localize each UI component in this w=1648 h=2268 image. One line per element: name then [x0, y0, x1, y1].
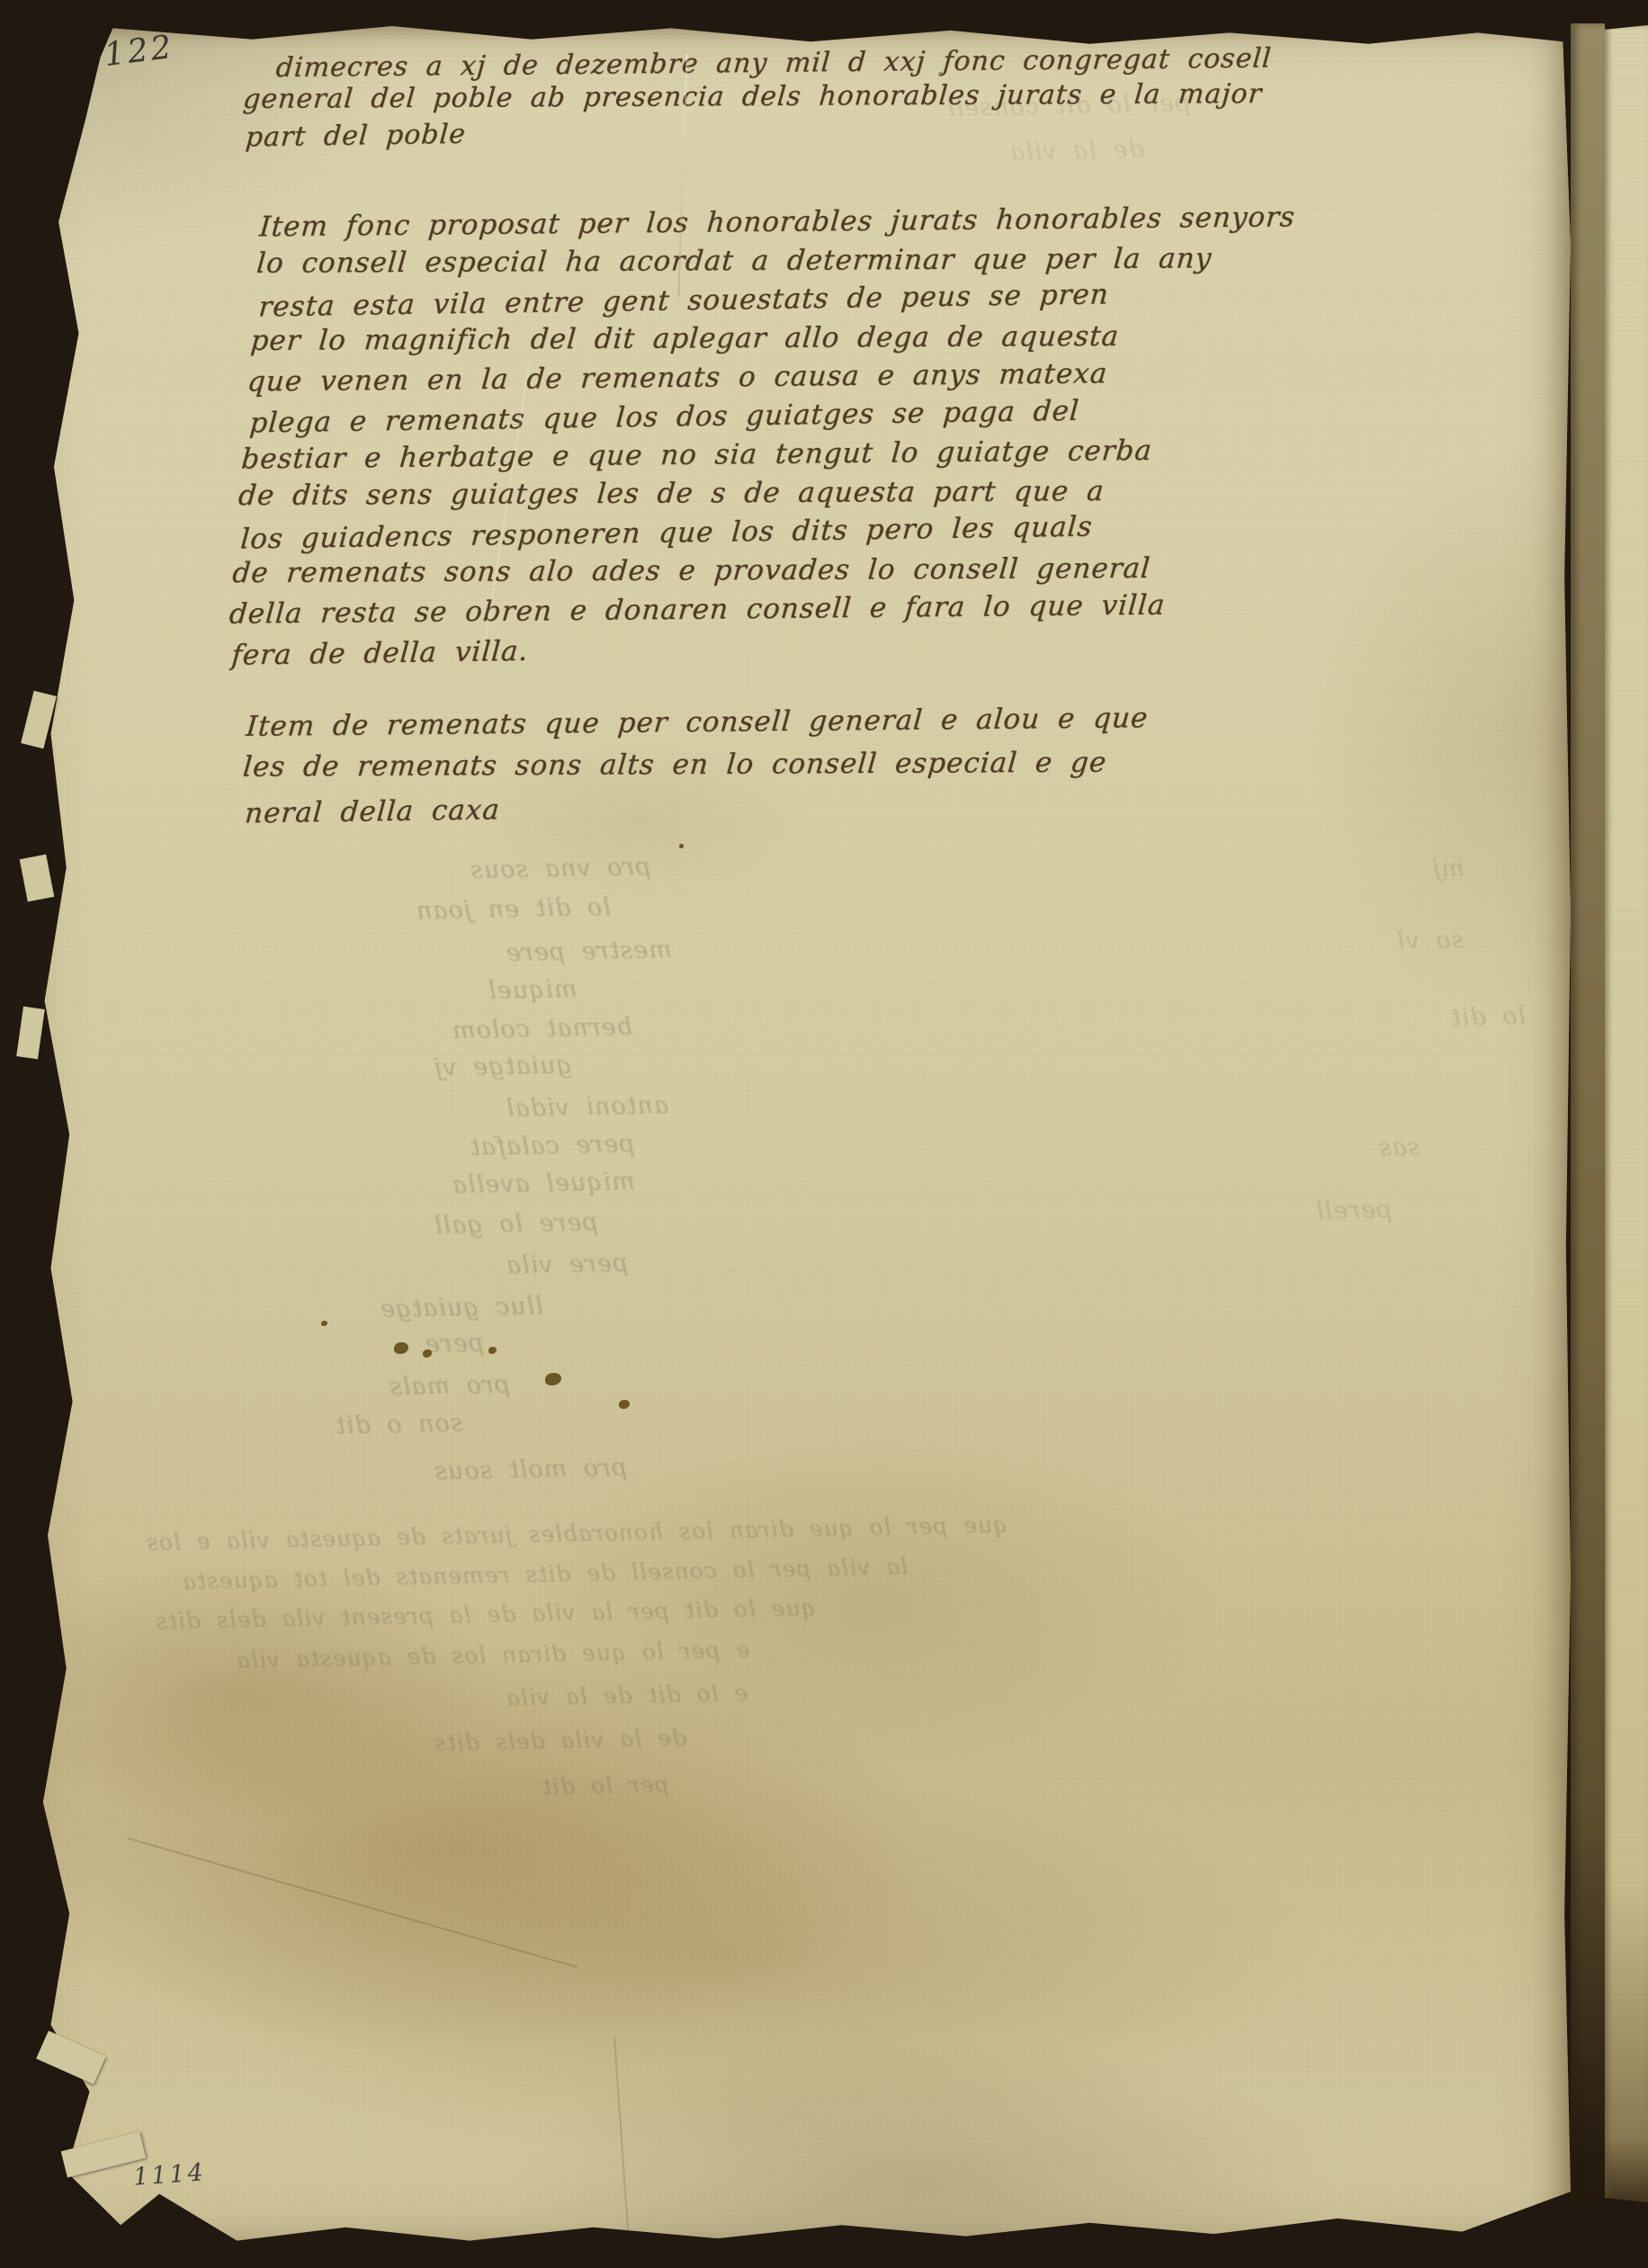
bleedthrough-line: son o dit — [335, 1410, 463, 1440]
bleedthrough-line: que lo dit per la vila de la present vil… — [155, 1594, 816, 1634]
ink-blot — [321, 1321, 327, 1326]
bleedthrough-line: lo dit en joan — [416, 893, 611, 926]
bleedthrough-line: per lo dit consell — [946, 89, 1191, 122]
paper-crease — [614, 2037, 630, 2244]
handwritten-line: per lo magnifich del dit aplegar allo de… — [249, 317, 1288, 361]
ink-blot — [488, 1347, 497, 1354]
bleedthrough-line: mestre pere — [506, 936, 673, 967]
manuscript-page: 1122 1114 dimecres a xj de dezembre any … — [20, 22, 1571, 2247]
bleedthrough-line: pro mals — [389, 1371, 511, 1402]
bleedthrough-line: pro molt sous — [434, 1454, 628, 1486]
bleedthrough-line: pere vila — [506, 1250, 629, 1280]
bleedthrough-line: antoni vidal — [506, 1091, 669, 1123]
paragraph-2: Item fonc proposat per los honorables ju… — [225, 198, 1297, 672]
torn-edge-flap — [16, 1007, 45, 1060]
handwritten-line: Item de remenats que per consell general… — [245, 697, 1150, 749]
paper-crease — [128, 1837, 578, 1968]
bleedthrough-line: bernat colom — [452, 1013, 633, 1044]
bleedthrough-line: de la vila dels dits — [434, 1725, 687, 1756]
bleedthrough-line: que per lo que diran los honorables jura… — [146, 1511, 1008, 1555]
bleedthrough-line: la vila per lo consell de dits remenats … — [182, 1554, 909, 1595]
bleedthrough-line: mj — [1432, 855, 1465, 883]
bleedthrough-line: e lo dit de la vila — [506, 1680, 748, 1711]
ink-blot — [619, 1400, 630, 1409]
bleedthrough-line: e per lo que diran los de aquesta vila — [236, 1636, 750, 1673]
torn-edge-flap — [21, 691, 57, 749]
bleedthrough-line: pro vna sous — [470, 853, 651, 884]
bleedthrough-line: pere lo gall — [434, 1208, 598, 1240]
manuscript-scan: { "page": { "folio_top": "1122", "folio_… — [0, 0, 1648, 2268]
bleedthrough-line: so vl — [1396, 926, 1464, 955]
bleedthrough-line: perell — [1315, 1196, 1393, 1225]
bleedthrough-line: per lo dit — [542, 1771, 669, 1800]
bleedthrough-line: miquel avella — [452, 1168, 635, 1199]
next-page-edge — [1605, 25, 1648, 2202]
bleedthrough-line: lo dit — [1450, 1002, 1527, 1032]
bleedthrough-line: lluc guiatge — [380, 1292, 543, 1323]
folio-number-top: 1122 — [79, 29, 176, 76]
binding-gutter-shadow — [1571, 23, 1605, 2204]
bleedthrough-line: pere — [425, 1329, 485, 1358]
torn-edge-flap — [20, 855, 55, 902]
ink-blot — [679, 844, 684, 848]
bleedthrough-line: miquel — [488, 975, 578, 1005]
bleedthrough-line: guiatge vj — [434, 1051, 572, 1081]
folio-number-bottom: 1114 — [132, 2158, 207, 2192]
ink-blot — [545, 1373, 561, 1385]
bleedthrough-line: pere calafat — [470, 1130, 635, 1161]
ink-blot — [394, 1342, 408, 1354]
handwritten-line: de remenats sons alo ades e provades lo … — [231, 549, 1270, 593]
bleedthrough-line: sas — [1378, 1134, 1420, 1162]
paragraph-3: Item de remenats que per consell general… — [238, 697, 1151, 833]
bleedthrough-line: de la vila — [1009, 135, 1144, 166]
